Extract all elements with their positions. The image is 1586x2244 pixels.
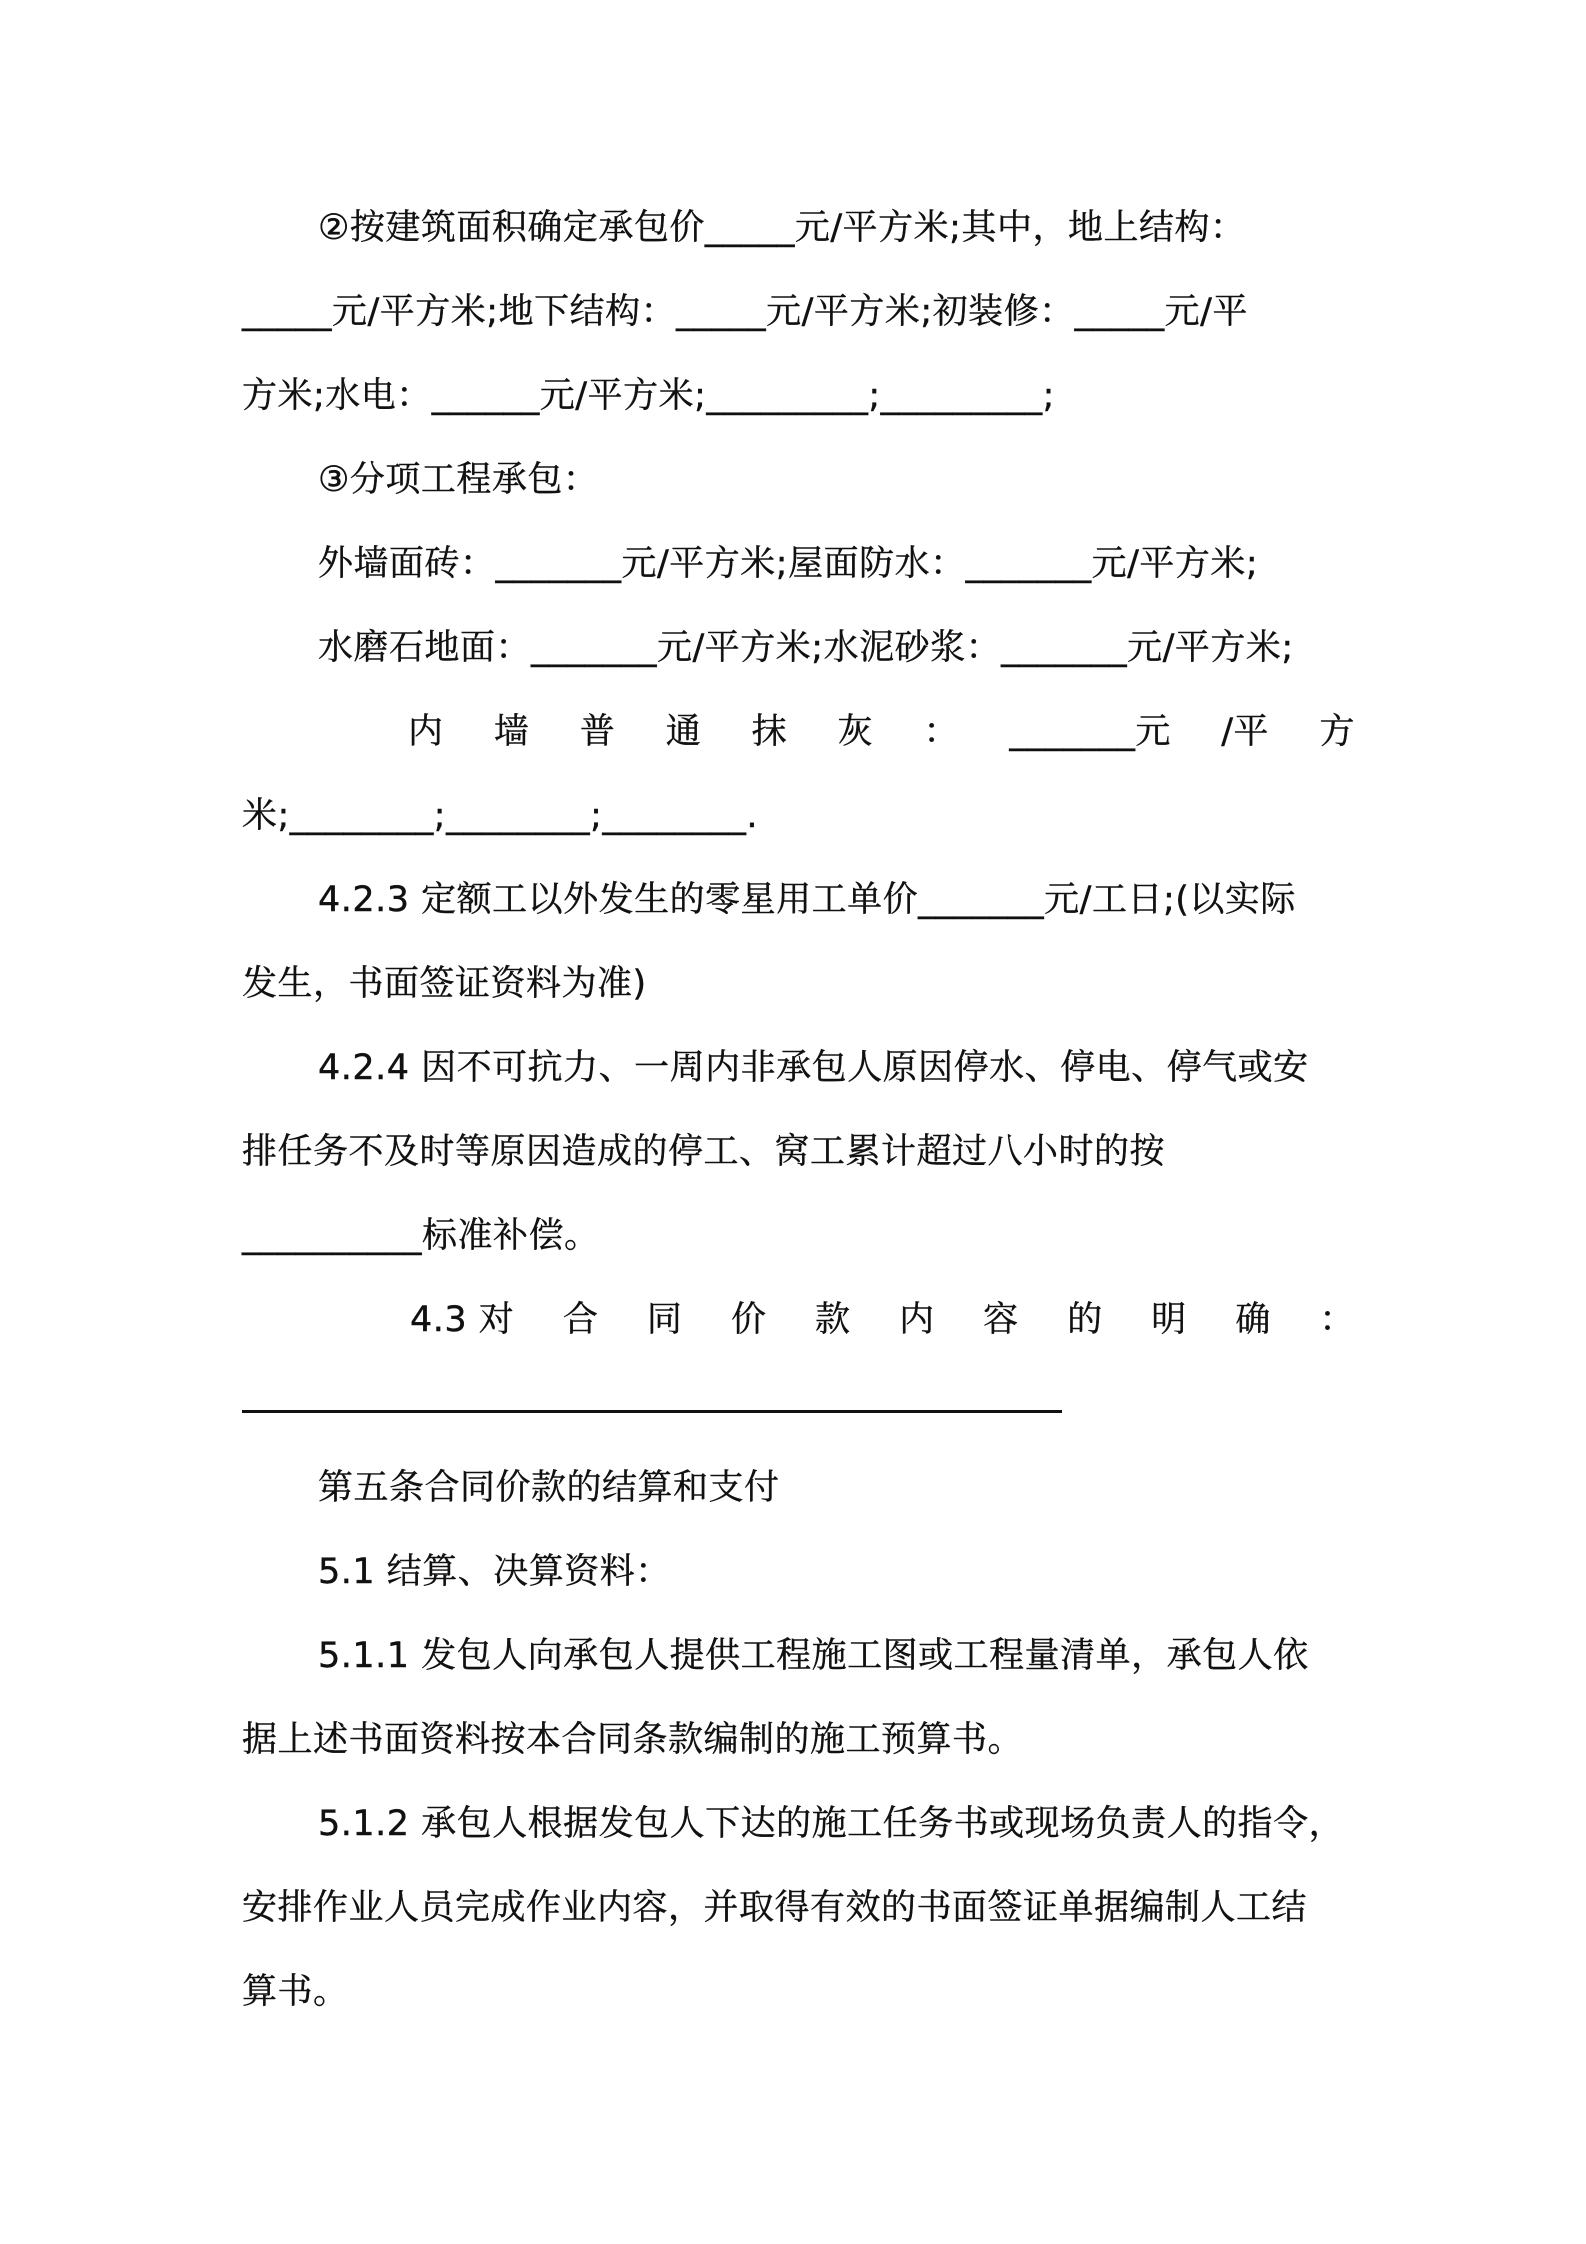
clause-4-2-4-line-1: 4.2.4 因不可抗力、一周内非承包人原因停水、停电、停气或安 [318,1045,1355,1091]
spread-char: 同 [647,1297,683,1343]
spread-char: 4.3 对 [410,1297,514,1343]
spread-char: 明 [1151,1297,1187,1343]
clause-4-2-3-line-1: 4.2.3 定额工以外发生的零星用工单价_______元/工日;(以实际 [318,877,1355,923]
spread-char: 普 [580,709,616,755]
clause-3-line-1: 外墙面砖：_______元/平方米;屋面防水：_______元/平方米; [318,541,1355,587]
article-5-heading: 第五条合同价款的结算和支付 [318,1465,1355,1511]
clause-3-line-3-spread: 内 墙 普 通 抹 灰 ： _______元 /平 方 [408,709,1355,755]
clause-4-2-4-line-2: 排任务不及时等原因造成的停工、窝工累计超过八小时的按 [242,1129,1355,1175]
document-page: ②按建筑面积确定承包价_____元/平方米;其中，地上结构： _____元/平方… [0,0,1586,2244]
spread-char: 确 [1235,1297,1271,1343]
clause-4-3-spread: 4.3 对 合 同 价 款 内 容 的 明 确 ： [410,1297,1355,1343]
clause-5-1-1-line-2: 据上述书面资料按本合同条款编制的施工预算书。 [242,1717,1355,1763]
spread-char: 灰 [838,709,874,755]
clause-5-1-2-line-2: 安排作业人员完成作业内容，并取得有效的书面签证单据编制人工结 [242,1885,1355,1931]
spread-char: 通 [666,709,702,755]
spread-char: 的 [1067,1297,1103,1343]
spread-char: 方 [1319,709,1355,755]
clause-2-line-1: ②按建筑面积确定承包价_____元/平方米;其中，地上结构： [318,205,1355,251]
clause-4-2-4-line-3: __________标准补偿。 [242,1213,1355,1259]
spread-char: 合 [563,1297,599,1343]
spread-char: _______元 [1009,709,1171,755]
spread-char: 款 [815,1297,851,1343]
clause-5-1-2-line-3: 算书。 [242,1969,1355,2015]
clause-3-line-2: 水磨石地面：_______元/平方米;水泥砂浆：_______元/平方米; [318,625,1355,671]
clause-5-1-2-line-1: 5.1.2 承包人根据发包人下达的施工任务书或现场负责人的指令， [318,1801,1355,1847]
spread-char: 价 [731,1297,767,1343]
spread-char: ： [1319,1297,1355,1343]
spread-char: 容 [983,1297,1019,1343]
spread-char: ： [923,709,959,755]
clause-5-1-1-line-1: 5.1.1 发包人向承包人提供工程施工图或工程量清单，承包人依 [318,1633,1355,1679]
clause-2-line-2: _____元/平方米;地下结构：_____元/平方米;初装修：_____元/平 [242,289,1355,335]
spread-char: 内 [408,709,444,755]
spread-char: 内 [899,1297,935,1343]
spread-char: /平 [1221,709,1269,755]
clause-3-heading: ③分项工程承包： [318,457,1355,503]
clause-5-1-heading: 5.1 结算、决算资料： [318,1549,1355,1595]
clause-4-2-3-line-2: 发生，书面签证资料为准) [242,961,1355,1007]
clause-2-line-3: 方米;水电：______元/平方米;_________;_________; [242,373,1355,419]
spread-char: 抹 [752,709,788,755]
spread-char: 墙 [494,709,530,755]
clause-3-line-4: 米;________;________;________. [242,793,1355,839]
blank-fill-rule [242,1410,1062,1413]
